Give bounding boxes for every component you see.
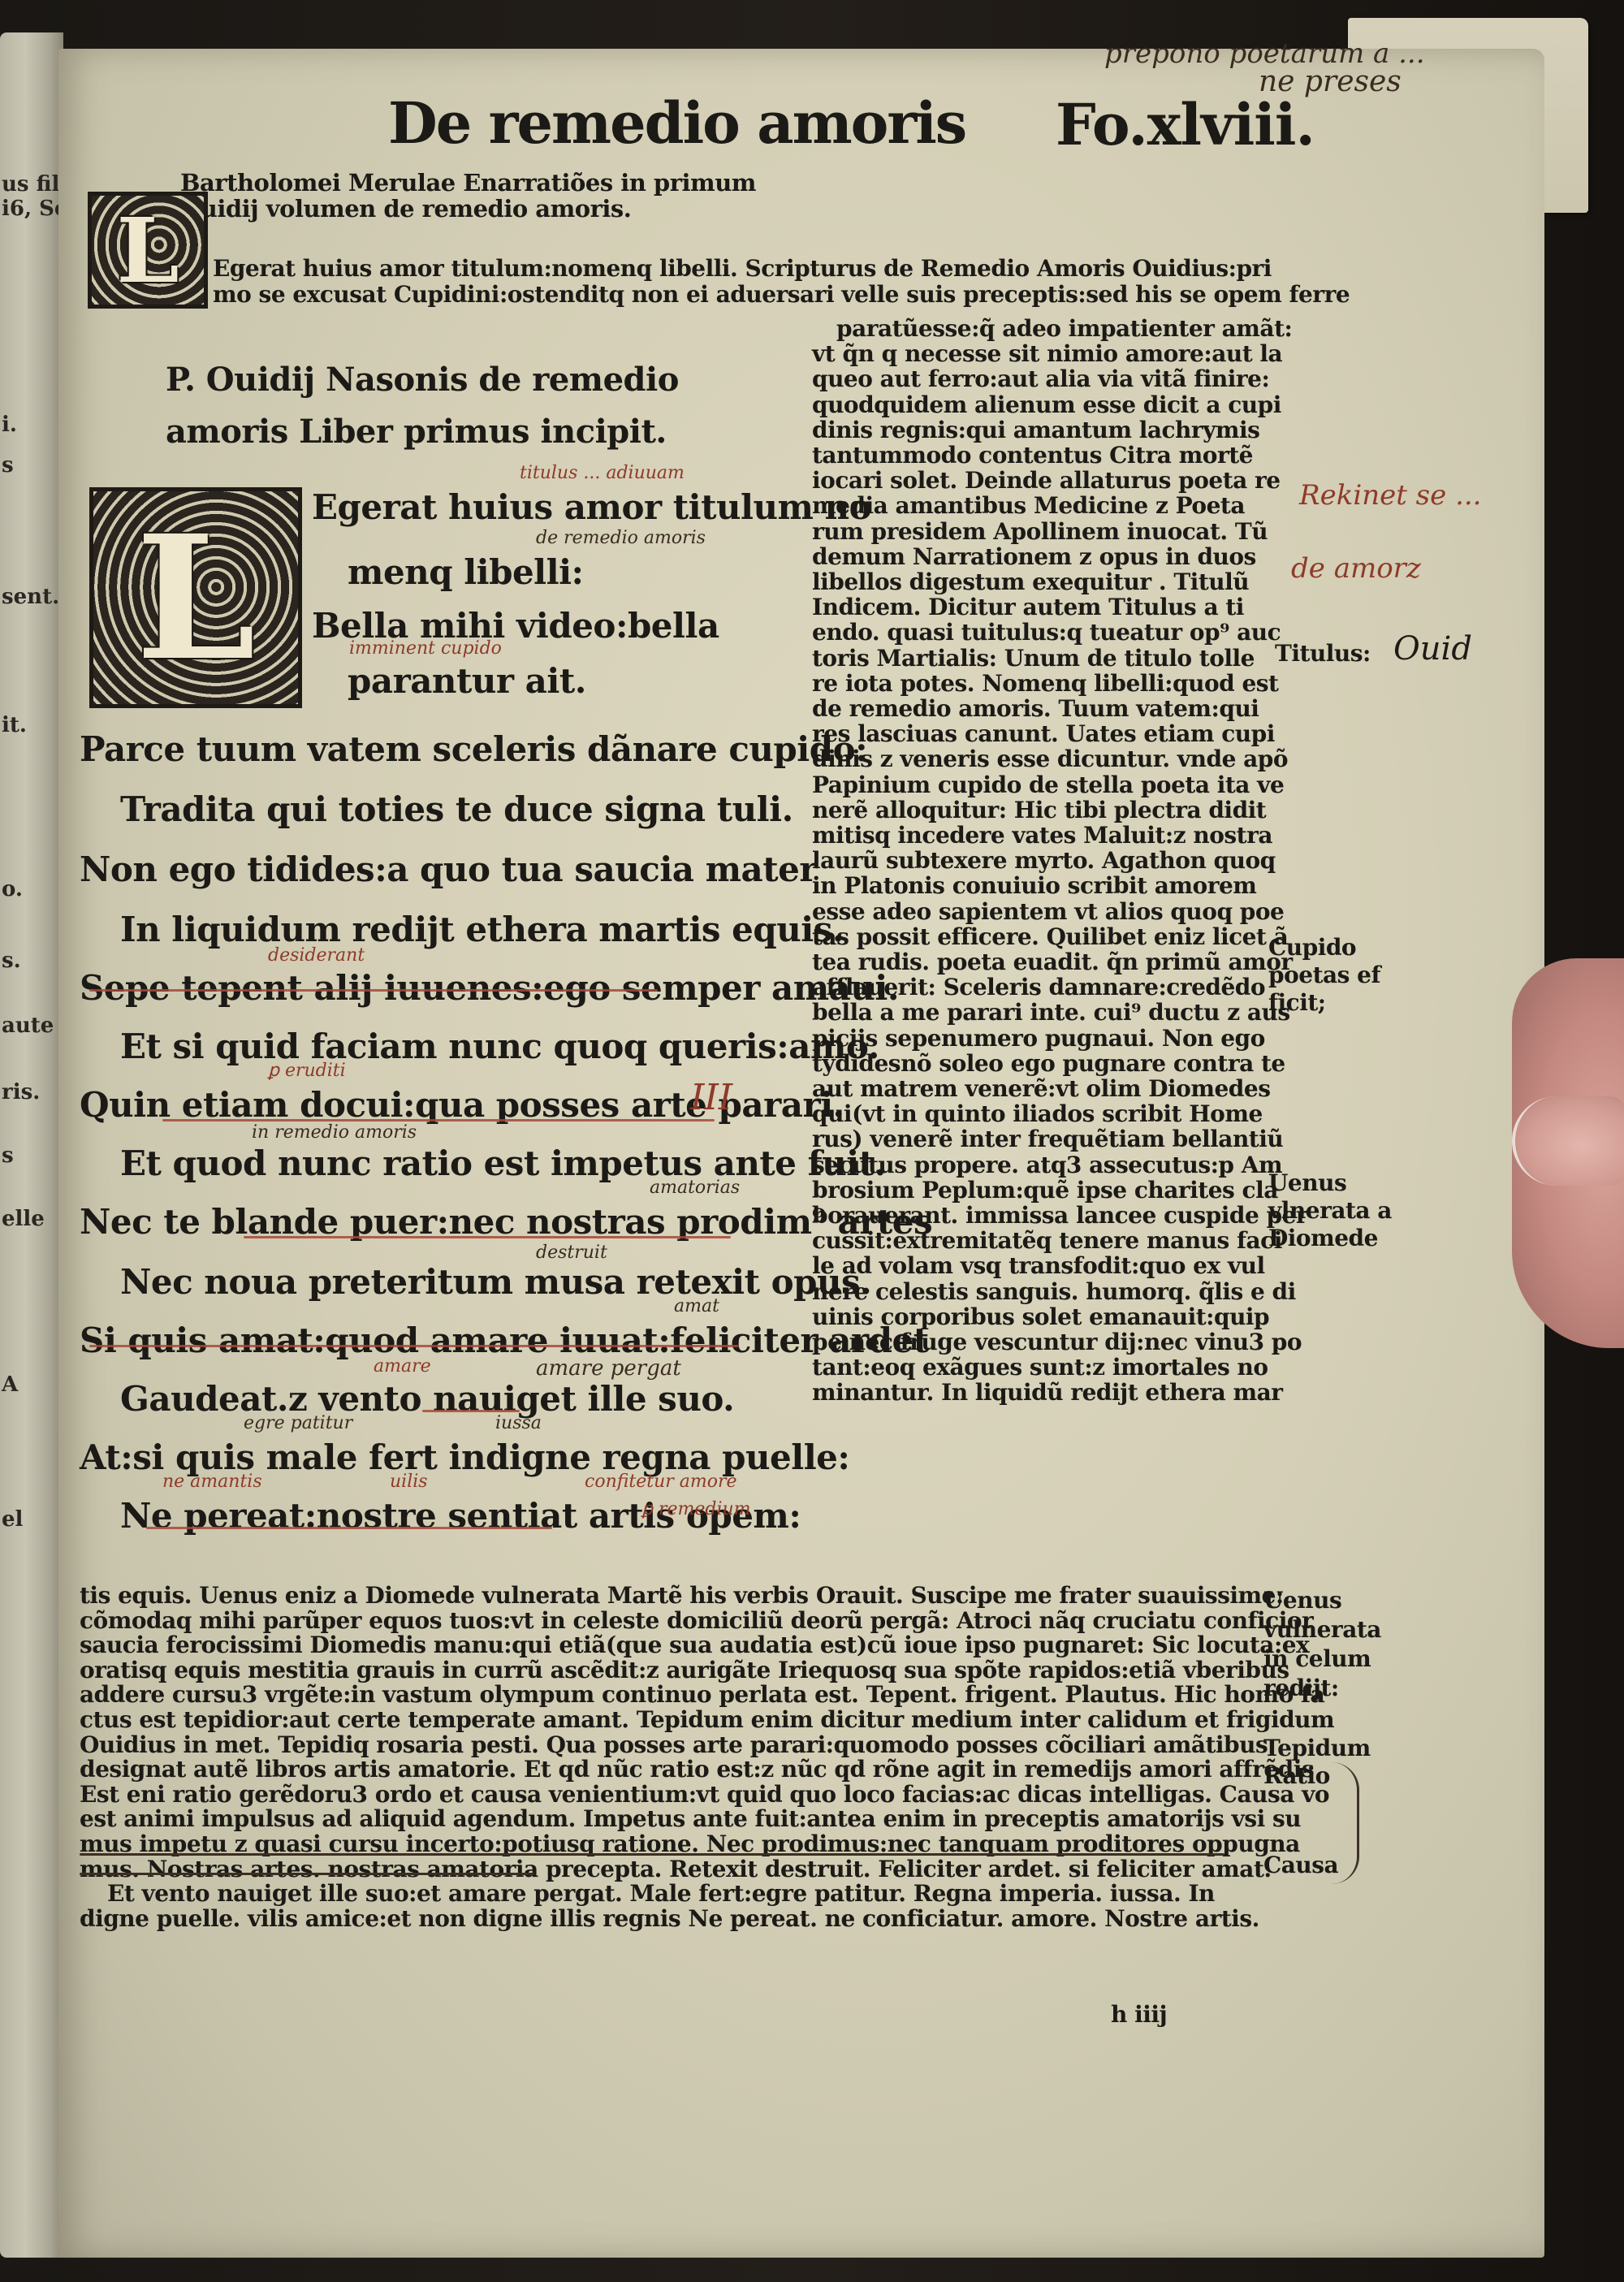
interlinear-gloss: amare <box>374 1356 431 1377</box>
commentary-line: minantur. In liquidũ redijt ethera mar <box>812 1381 1283 1406</box>
commentary-line: Indicem. Dicitur autem Titulus a ti <box>812 595 1244 620</box>
commentary-line: media amantibus Medicine z Poeta <box>812 494 1245 519</box>
commentary-line: in Platonis conuiuio scribit amorem <box>812 874 1256 899</box>
margin-handwritten-note: Rekinet se ... <box>1299 479 1482 512</box>
bottom-commentary-line: Ouidius in met. Tepidiq rosaria pesti. Q… <box>80 1733 1276 1758</box>
commentary-line: re iota potes. Nomenq libelli:quod est <box>812 672 1278 697</box>
interlinear-gloss: titulus ... adiuuam <box>520 463 685 483</box>
bottom-commentary-line: digne puelle. vilis amice:et non digne i… <box>80 1907 1259 1932</box>
commentary-line: nere celestis sanguis. humorq. q̃lis e d… <box>812 1280 1296 1305</box>
commentary-subtitle: Ouidij volumen de remedio amoris. <box>180 195 631 223</box>
initial-letter: L <box>136 498 256 698</box>
commentary-line: Papinium cupido de stella poeta ita ve <box>812 773 1284 798</box>
interlinear-gloss: ꝑ eruditi <box>268 1061 346 1081</box>
left-page-fragment: it. <box>2 713 27 737</box>
left-page-edge: us filiu i6, Sc i. s sent. it. o. s. aut… <box>0 32 63 2258</box>
left-page-fragment: elle <box>2 1207 45 1231</box>
commentary-line: endo. quasi tuitulus:q tueatur op⁹ auc <box>812 620 1281 646</box>
interlinear-gloss: ꝑ remedium <box>641 1499 751 1519</box>
margin-handwritten-note: de amorz <box>1291 552 1421 585</box>
verse-line: Gaudeat.z vento nauiget ille suo. <box>120 1379 734 1419</box>
margin-note-cupido: ficit; <box>1268 989 1326 1017</box>
handwritten-underline <box>80 1873 534 1875</box>
bottom-commentary-line: saucia ferocissimi Diomedis manu:qui eti… <box>80 1633 1309 1658</box>
left-page-fragment: el <box>2 1507 23 1532</box>
handwritten-underline <box>80 1853 1224 1856</box>
commentary-line: tas possit efficere. Quilibet eniz licet… <box>812 925 1288 950</box>
interlinear-gloss: in remedio amoris <box>252 1122 417 1143</box>
red-underline <box>146 1527 552 1529</box>
bottom-commentary-line: ctus est tepidior:aut certe temperate am… <box>80 1708 1334 1733</box>
verse-line: Non ego tidides:a quo tua saucia mater <box>80 849 817 889</box>
folio-number: Fo.xlviii. <box>1056 91 1315 158</box>
left-page-fragment: s. <box>2 949 21 973</box>
commentary-line: de remedio amoris. Tuum vatem:qui <box>812 697 1259 722</box>
left-page-fragment: o. <box>2 877 23 901</box>
commentary-line: qui(vt in quinto iliados scribit Home <box>812 1102 1263 1127</box>
interlinear-gloss: iussa <box>495 1413 542 1433</box>
interlinear-gloss: confitetur amore <box>585 1472 737 1492</box>
left-page-fragment: i6, Sc <box>2 197 67 221</box>
commentary-intro-line: Egerat huius amor titulum:nomenq libelli… <box>213 257 1272 282</box>
commentary-line: aut matrem venerẽ:vt olim Diomedes <box>812 1077 1270 1102</box>
commentary-line: vt q̃n q necesse sit nimio amore:aut la <box>812 342 1282 367</box>
interlinear-gloss: de remedio amoris <box>536 528 706 548</box>
red-underline <box>422 1410 520 1412</box>
commentary-subtitle: Bartholomei Merulae Enarratiões in primu… <box>180 169 756 197</box>
verse-line: In liquidum redijt ethera martis equis. <box>120 910 844 949</box>
commentary-line: esse adeo sapientem vt alios quoq poe <box>812 900 1284 925</box>
commentary-line: res lasciuas canunt. Uates etiam cupi <box>812 722 1275 747</box>
margin-note-cupido: poetas ef <box>1268 962 1380 989</box>
bottom-commentary-line: oratisq equis mestitia grauis in currũ a… <box>80 1658 1289 1683</box>
signature-mark: h iiij <box>1111 2001 1167 2028</box>
commentary-line: mitisq incedere vates Maluit:z nostra <box>812 823 1272 849</box>
running-title: De remedio amoris <box>388 89 965 157</box>
bottom-commentary-line: est animi impulsus ad aliquid agendum. I… <box>80 1807 1301 1832</box>
commentary-line: toris Martialis: Unum de titulo tolle <box>812 646 1255 672</box>
left-page-fragment: ris. <box>2 1080 40 1104</box>
interlinear-gloss: uilis <box>390 1472 428 1492</box>
verse-line: Si quis amat:quod amare iuuat:feliciter … <box>80 1320 929 1360</box>
margin-note-titulus: Titulus: <box>1275 640 1371 668</box>
bottom-commentary-line: designat autẽ libros artis amatorie. Et … <box>80 1757 1314 1783</box>
left-page-fragment: s <box>2 1143 14 1168</box>
red-strikethrough <box>89 1345 739 1347</box>
decorated-initial-verse: L <box>89 487 302 708</box>
verse-line: Et si quid faciam nunc quoq queris:amo. <box>120 1026 879 1066</box>
margin-note-cupido: Cupido <box>1268 934 1356 962</box>
verse-line: Tradita qui toties te duce signa tuli. <box>120 789 793 829</box>
bottom-commentary-line: Est eni ratio gerẽdoru3 ordo et causa ve… <box>80 1783 1329 1808</box>
verse-line: parantur ait. <box>348 661 586 701</box>
red-strikethrough <box>89 989 658 992</box>
interlinear-gloss: amare pergat <box>536 1356 681 1381</box>
verse-line: Nec noua preteritum musa retexit opus. <box>120 1262 871 1302</box>
red-underline <box>162 1119 715 1122</box>
verse-line: Egerat huius amor titulum no <box>312 487 871 527</box>
interlinear-gloss: amatorias <box>650 1178 740 1198</box>
margin-note-venus: vlnerata a <box>1268 1197 1392 1225</box>
commentary-line: iocari solet. Deinde allaturus poeta re <box>812 469 1281 494</box>
fingernail <box>1512 1096 1624 1186</box>
bottom-commentary-line: Et vento nauiget ille suo:et amare perga… <box>107 1882 1215 1907</box>
commentary-line: nerẽ alloquitur: Hic tibi plectra didit <box>812 798 1266 823</box>
commentary-line: le ad volam vsq transfodit:quo ex vul <box>812 1254 1265 1279</box>
left-page-fragment: i. <box>2 413 17 437</box>
bottom-commentary-line: cõmodaq mihi parũper equos tuos:vt in ce… <box>80 1609 1313 1634</box>
interlinear-gloss: destruit <box>536 1243 607 1263</box>
left-page-fragment: s <box>2 453 14 478</box>
verse-heading: P. Ouidij Nasonis de remedio <box>166 361 679 399</box>
verse-line: Sepe tepent alij iuuenes:ego semper amau… <box>80 968 899 1008</box>
commentary-line: libellos digestum exequitur . Titulũ <box>812 570 1249 595</box>
commentary-line: picijs sepenumero pugnaui. Non ego <box>812 1026 1265 1052</box>
commentary-intro-line: mo se excusat Cupidini:ostenditq non ei … <box>213 283 1350 308</box>
decorated-initial-commentary: L <box>88 192 208 309</box>
commentary-line: tantummodo contentus Citra mortẽ <box>812 443 1253 469</box>
left-page-fragment: aute <box>2 1014 54 1038</box>
commentary-line: tydidesnõ soleo ego pugnare contra te <box>812 1052 1285 1077</box>
commentary-line: laurũ subtexere myrto. Agathon quoq <box>812 849 1276 874</box>
commentary-line: paratũesse:q̃ adeo impatienter amãt: <box>836 317 1292 342</box>
commentary-line: rum presidem Apollinem inuocat. Tũ <box>812 520 1268 545</box>
verse-line: Parce tuum vatem sceleris dãnare cupido: <box>80 729 867 769</box>
bottom-commentary-line: addere cursu3 vrgẽte:in vastum olympum c… <box>80 1683 1324 1708</box>
commentary-line: dinis z veneris esse dicuntur. vnde apõ <box>812 747 1288 772</box>
verse-line: Et quod nunc ratio est impetus ante fuit… <box>120 1143 886 1183</box>
left-page-fragment: sent. <box>2 585 59 609</box>
commentary-line: queo aut ferro:aut alia via vitã finire: <box>812 367 1269 392</box>
interlinear-gloss: desiderant <box>268 945 365 966</box>
verse-line: menq libelli: <box>348 552 584 592</box>
red-underline <box>244 1236 731 1238</box>
margin-handwritten-note: Ouid <box>1393 630 1472 668</box>
commentary-line: dinis regnis:qui amantum lachrymis <box>812 418 1259 443</box>
bottom-commentary-line: tis equis. Uenus eniz a Diomede vulnerat… <box>80 1584 1284 1609</box>
verse-heading: amoris Liber primus incipit. <box>166 413 667 451</box>
initial-letter: L <box>116 198 179 303</box>
interlinear-gloss: ne amantis <box>162 1472 262 1492</box>
margin-note-venus: Uenus <box>1268 1169 1346 1197</box>
interlinear-gloss: imminent cupido <box>349 638 502 659</box>
commentary-line: demum Narrationem z opus in duos <box>812 545 1256 570</box>
left-page-fragment: A <box>2 1372 18 1397</box>
margin-note-venus: Diomede <box>1268 1225 1378 1252</box>
interlinear-gloss: egre patitur <box>244 1413 352 1433</box>
interlinear-gloss: III <box>690 1077 732 1118</box>
interlinear-gloss: amat <box>674 1296 719 1316</box>
commentary-line: quodquidem alienum esse dicit a cupi <box>812 393 1281 418</box>
handwritten-brace <box>1332 1762 1359 1884</box>
bottom-commentary-line: mus. Nostras artes. nostras amatoria pre… <box>80 1857 1272 1882</box>
